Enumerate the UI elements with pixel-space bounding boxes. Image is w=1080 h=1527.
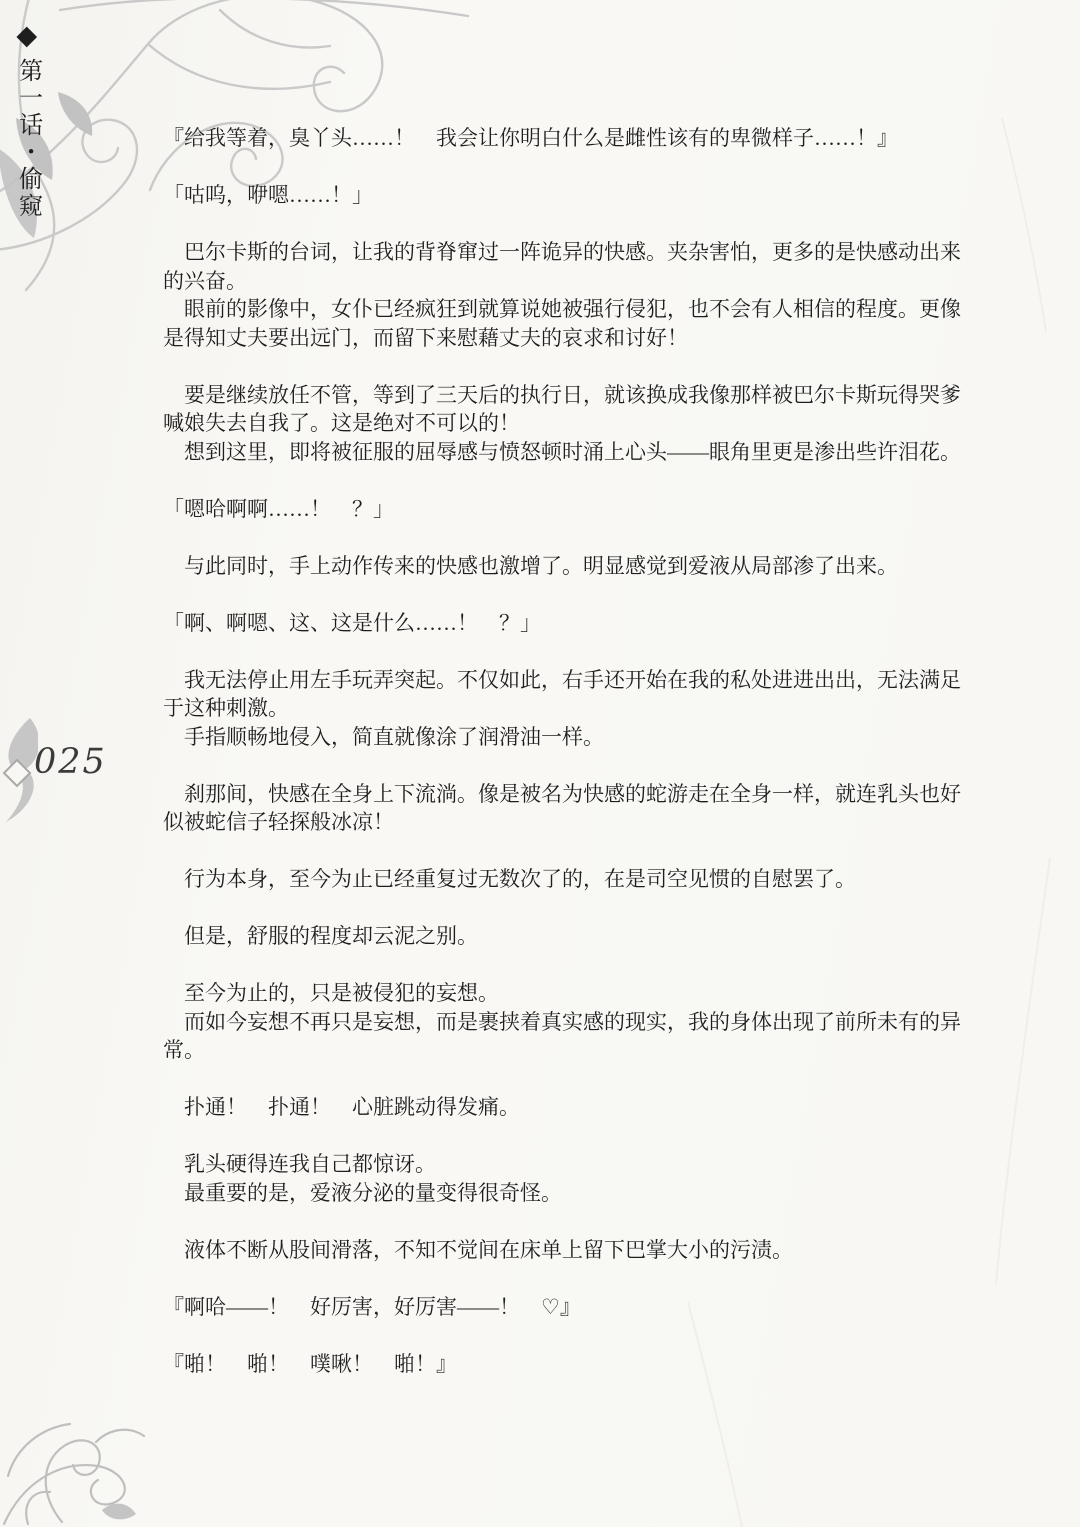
- narration-line: 眼前的影像中，女仆已经疯狂到就算说她被强行侵犯，也不会有人相信的程度。更像: [163, 295, 973, 324]
- narration-line: 似被蛇信子轻探般冰凉！: [163, 808, 973, 837]
- narration-line: 喊娘失去自我了。这是绝对不可以的！: [163, 409, 973, 438]
- narration-line: 行为本身，至今为止已经重复过无数次了的，在是司空见惯的自慰罢了。: [163, 865, 973, 894]
- chapter-marker: ◆ 第一话・偷窥: [13, 22, 41, 220]
- body-text: 『给我等着，臭丫头……！ 我会让你明白什么是雌性该有的卑微样子……！』「咕呜，咿…: [163, 124, 973, 1378]
- narration-line: 我无法停止用左手玩弄突起。不仅如此，右手还开始在我的私处进进出出，无法满足: [163, 666, 973, 695]
- dialogue-line: 「嗯哈啊啊……！ ？」: [163, 495, 973, 524]
- corner-flourish-bottom-left: [0, 1402, 150, 1527]
- page-number: 025: [34, 742, 107, 782]
- narration-line: 的兴奋。: [163, 267, 973, 296]
- narration-line: 与此同时，手上动作传来的快感也激增了。明显感觉到爱液从局部渗了出来。: [163, 552, 973, 581]
- narration-line: 于这种刺激。: [163, 694, 973, 723]
- page-number-ornament: [0, 716, 38, 828]
- narration-line: 是得知丈夫要出远门，而留下来慰藉丈夫的哀求和讨好！: [163, 324, 973, 353]
- dialogue-line: 『啊哈——！ 好厉害，好厉害——！ ♡』: [163, 1293, 973, 1322]
- narration-line: 巴尔卡斯的台词，让我的背脊窜过一阵诡异的快感。夹杂害怕，更多的是快感动出来: [163, 238, 973, 267]
- book-page: ◆ 第一话・偷窥 025 『给我等着，臭丫头……！ 我会让你明白什么是雌性该有的…: [0, 0, 1080, 1527]
- narration-line: 但是，舒服的程度却云泥之别。: [163, 922, 973, 951]
- dialogue-line: 「啊、啊嗯、这、这是什么……！ ？」: [163, 609, 973, 638]
- narration-line: 要是继续放任不管，等到了三天后的执行日，就该换成我像那样被巴尔卡斯玩得哭爹: [163, 381, 973, 410]
- chapter-title: 第一话・偷窥: [13, 58, 41, 220]
- narration-line: 至今为止的，只是被侵犯的妄想。: [163, 979, 973, 1008]
- narration-line: 手指顺畅地侵入，简直就像涂了润滑油一样。: [163, 723, 973, 752]
- narration-line: 扑通！ 扑通！ 心脏跳动得发痛。: [163, 1093, 973, 1122]
- diamond-icon: ◆: [16, 22, 37, 49]
- dialogue-line: 『啪！ 啪！ 噗啾！ 啪！』: [163, 1350, 973, 1379]
- narration-line: 常。: [163, 1036, 973, 1065]
- narration-line: 想到这里，即将被征服的屈辱感与愤怒顿时涌上心头——眼角里更是渗出些许泪花。: [163, 438, 973, 467]
- narration-line: 最重要的是，爱液分泌的量变得很奇怪。: [163, 1179, 973, 1208]
- dialogue-line: 『给我等着，臭丫头……！ 我会让你明白什么是雌性该有的卑微样子……！』: [163, 124, 973, 153]
- narration-line: 液体不断从股间滑落，不知不觉间在床单上留下巴掌大小的污渍。: [163, 1236, 973, 1265]
- narration-line: 乳头硬得连我自己都惊讶。: [163, 1150, 973, 1179]
- narration-line: 而如今妄想不再只是妄想，而是裹挟着真实感的现实，我的身体出现了前所未有的异: [163, 1008, 973, 1037]
- dialogue-line: 「咕呜，咿嗯……！」: [163, 181, 973, 210]
- narration-line: 刹那间，快感在全身上下流淌。像是被名为快感的蛇游走在全身一样，就连乳头也好: [163, 780, 973, 809]
